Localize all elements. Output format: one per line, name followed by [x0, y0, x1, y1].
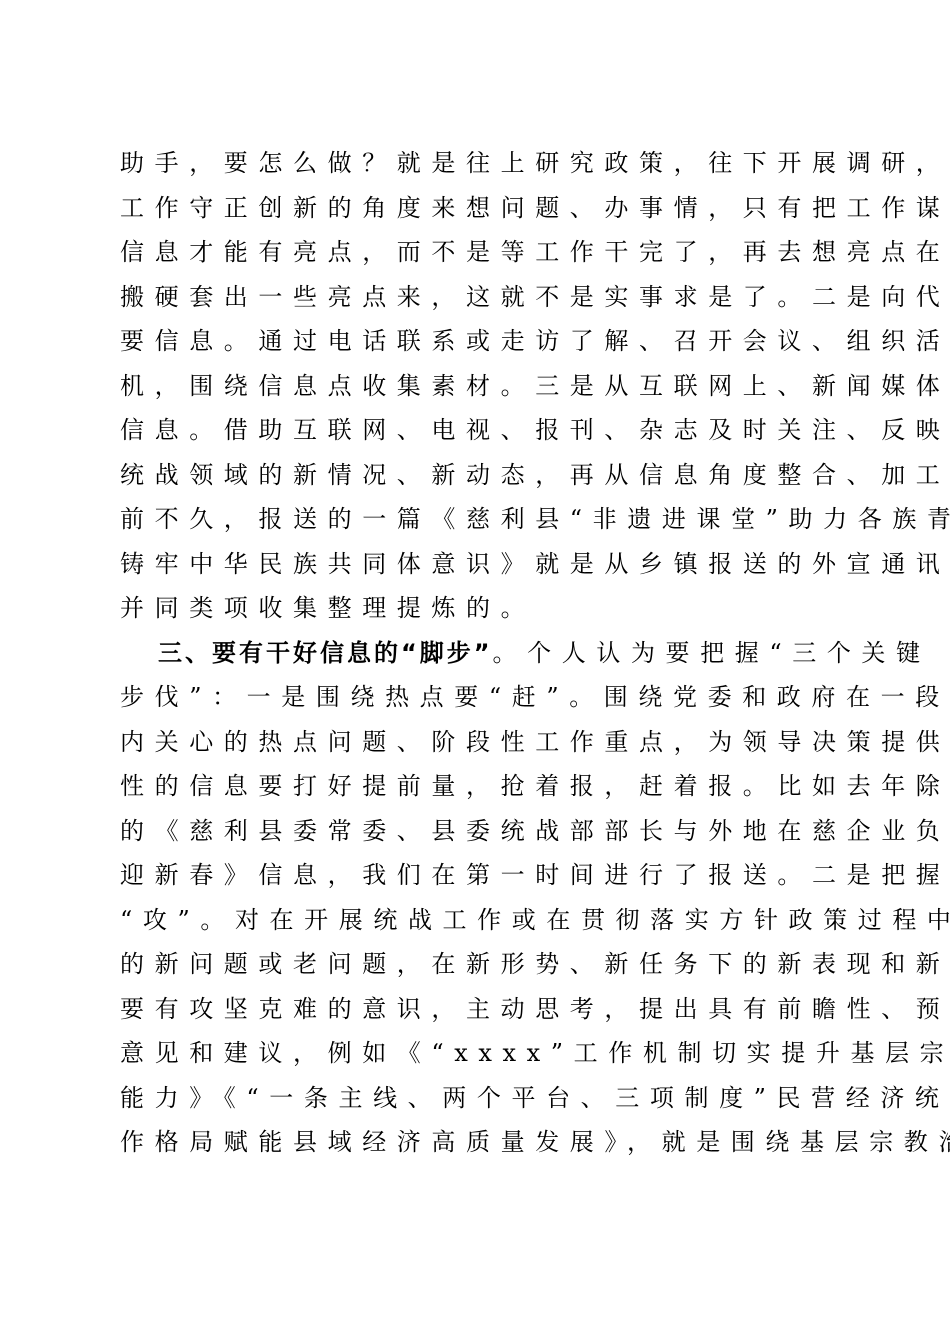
body-line: 要有攻坚克难的意识，主动思考，提出具有前瞻性、预警性的 [120, 987, 830, 1032]
body-line: 作格局赋能县域经济高质量发展》，就是围绕基层宗教治理水 [120, 1120, 830, 1165]
body-line: 要信息。通过电话联系或走访了解、召开会议、组织活动等契 [120, 319, 830, 364]
body-line: 迎新春》信息，我们在第一时间进行了报送。二是把握难点要 [120, 853, 830, 898]
document-page: 助手，要怎么做？就是往上研究政策，往下开展调研，从统战 工作守正创新的角度来想问… [120, 141, 830, 1165]
body-line: 工作守正创新的角度来想问题、办事情，只有把工作谋划好了 [120, 186, 830, 231]
body-line: 信息才能有亮点，而不是等工作干完了，再去想亮点在哪，生 [120, 230, 830, 275]
body-line: 信息。借助互联网、电视、报刊、杂志及时关注、反映社会和 [120, 408, 830, 453]
section-heading: 三、要有干好信息的“脚步” [158, 639, 493, 667]
body-line: “攻”。对在开展统战工作或在贯彻落实方针政策过程中出现 [120, 898, 830, 943]
body-line: 能力》《“一条主线、两个平台、三项制度”民营经济统战工 [120, 1076, 830, 1121]
section-heading-line: 三、要有干好信息的“脚步”。个人认为要把握“三个关键 [120, 631, 830, 676]
body-line: 的《慈利县委常委、县委统战部部长与外地在慈企业负责人共 [120, 809, 830, 854]
body-line: 内关心的热点问题、阶段性工作重点，为领导决策提供有针对 [120, 720, 830, 765]
body-line: 助手，要怎么做？就是往上研究政策，往下开展调研，从统战 [120, 141, 830, 186]
section-heading-continuation: 。个人认为要把握“三个关键 [493, 639, 931, 667]
body-line: 的新问题或老问题，在新形势、新任务下的新表现和新特点， [120, 942, 830, 987]
body-line: 前不久，报送的一篇《慈利县“非遗进课堂”助力各族青少年 [120, 497, 830, 542]
body-line: 统战领域的新情况、新动态，再从信息角度整合、加工。比如： [120, 453, 830, 498]
body-line: 性的信息要打好提前量，抢着报，赶着报。比如去年除夕报送 [120, 764, 830, 809]
body-line: 铸牢中华民族共同体意识》就是从乡镇报送的外宣通讯稿中合 [120, 542, 830, 587]
body-line: 步伐”：一是围绕热点要“赶”。围绕党委和政府在一段时间 [120, 675, 830, 720]
body-line: 搬硬套出一些亮点来，这就不是实事求是了。二是向代表人士 [120, 275, 830, 320]
body-line: 机，围绕信息点收集素材。三是从互联网上、新闻媒体上捕捉 [120, 364, 830, 409]
body-line: 意见和建议，例如《“xxxx”工作机制切实提升基层宗教治理 [120, 1031, 830, 1076]
body-line: 并同类项收集整理提炼的。 [120, 586, 830, 631]
